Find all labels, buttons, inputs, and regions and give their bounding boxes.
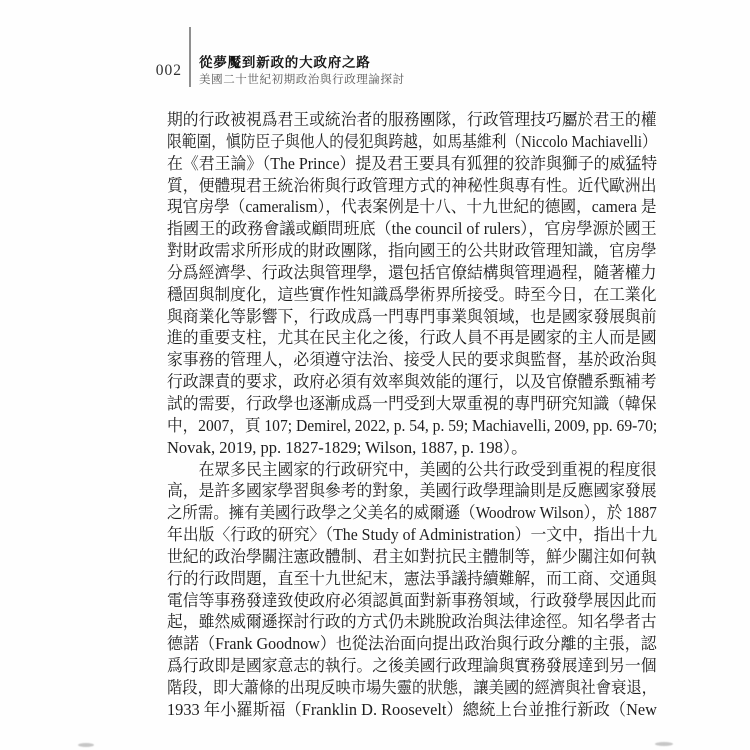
text-line: 階段，即大蕭條的出現反映市場失靈的狀態，讓美國的經濟與社會衰退， <box>167 677 657 699</box>
text-line-content: 階段，即大蕭條的出現反映市場失靈的狀態，讓美國的經濟與社會衰退， <box>167 677 657 699</box>
text-line-content: 中，2007，頁 107; Demirel, 2022, p. 54, p. 5… <box>167 415 657 437</box>
text-line-content: 家事務的管理人，必須遵守法治、接受人民的要求與監督，基於政治與 <box>167 349 657 371</box>
text-line: 分爲經濟學、行政法與管理學，還包括官僚結構與管理過程，隨著權力 <box>167 262 657 284</box>
text-line: 進的重要支柱，尤其在民主化之後，行政人員不再是國家的主人而是國 <box>167 327 657 349</box>
text-line-content: 限範圍，愼防臣子與他人的侵犯與跨越，如馬基維利（Niccolo Machiave… <box>167 131 657 153</box>
text-line: 指國王的政務會議或顧問班底（the council of rulers），官房學… <box>167 218 657 240</box>
text-line: 穩固與制度化，這些實作性知識爲學術界所接受。時至今日，在工業化 <box>167 284 657 306</box>
text-line: 電信等事務發達致使政府必須認眞面對新事務領域，行政發學展因此而 <box>167 590 657 612</box>
text-line-content: 在《君王論》（The Prince）提及君王要具有狐狸的狡詐與獅子的威猛特 <box>167 153 657 175</box>
text-line-content: 電信等事務發達致使政府必須認眞面對新事務領域，行政發學展因此而 <box>167 590 657 612</box>
text-line-content: 現官房學（cameralism），代表案例是十八、十九世紀的德國，camera … <box>167 196 657 218</box>
text-line-content: 1933 年小羅斯福（Franklin D. Roosevelt）總統上台並推行… <box>167 699 657 721</box>
text-line: 德諾（Frank Goodnow）也從法治面向提出政治與行政分離的主張，認 <box>167 633 657 655</box>
text-line: 之所需。擁有美國行政學之父美名的威爾遜（Woodrow Wilson），於 18… <box>167 502 657 524</box>
page-number: 002 <box>138 62 182 80</box>
text-line-content: 德諾（Frank Goodnow）也從法治面向提出政治與行政分離的主張，認 <box>167 633 657 655</box>
text-line-content: 質，便體現君王統治術與行政管理方式的神秘性與專有性。近代歐洲出 <box>167 175 657 197</box>
book-page: 002 從夢魘到新政的大政府之路 美國二十世紀初期政治與行政理論探討 期的行政被… <box>0 0 750 750</box>
text-line-content: 行政課責的要求，政府必須有效率與效能的運行，以及官僚體系甄補考 <box>167 371 657 393</box>
text-line-content: 行的行政問題，直至十九世紀末，憲法爭議持續難解，而工商、交通與 <box>167 568 657 590</box>
text-line-content: 進的重要支柱，尤其在民主化之後，行政人員不再是國家的主人而是國 <box>167 327 657 349</box>
text-line: 行政課責的要求，政府必須有效率與效能的運行，以及官僚體系甄補考 <box>167 371 657 393</box>
text-line: 對財政需求所形成的財政團隊，指向國王的公共財政管理知識，官房學 <box>167 240 657 262</box>
text-line-content: 起，雖然威爾遜探討行政的方式仍未跳脫政治與法律途徑。知名學者古 <box>167 611 657 633</box>
text-line: 家事務的管理人，必須遵守法治、接受人民的要求與監督，基於政治與 <box>167 349 657 371</box>
text-line-content: 穩固與制度化，這些實作性知識爲學術界所接受。時至今日，在工業化 <box>167 284 657 306</box>
text-line-content: 世紀的政治學關注憲政體制、君主如對抗民主體制等，鮮少關注如何執 <box>167 546 657 568</box>
text-line: 1933 年小羅斯福（Franklin D. Roosevelt）總統上台並推行… <box>167 699 657 721</box>
text-line: 期的行政被視爲君王或統治者的服務團隊，行政管理技巧屬於君王的權 <box>167 109 657 131</box>
text-line-content: 在眾多民主國家的行政研究中，美國的公共行政受到重視的程度很 <box>167 459 657 481</box>
text-line: 世紀的政治學關注憲政體制、君主如對抗民主體制等，鮮少關注如何執 <box>167 546 657 568</box>
text-line-content: 分爲經濟學、行政法與管理學，還包括官僚結構與管理過程，隨著權力 <box>167 262 657 284</box>
running-head: 從夢魘到新政的大政府之路 美國二十世紀初期政治與行政理論探討 <box>199 55 405 87</box>
text-line-content: 年出版〈行政的研究〉（The Study of Administration）一… <box>167 524 657 546</box>
text-line: 爲行政即是國家意志的執行。之後美國行政理論與實務發展達到另一個 <box>167 655 657 677</box>
body-text: 期的行政被視爲君王或統治者的服務團隊，行政管理技巧屬於君王的權限範圍，愼防臣子與… <box>167 109 657 721</box>
header-divider <box>189 27 191 87</box>
scan-artifact-left <box>78 743 94 747</box>
text-line: 在《君王論》（The Prince）提及君王要具有狐狸的狡詐與獅子的威猛特 <box>167 153 657 175</box>
text-line-content: 之所需。擁有美國行政學之父美名的威爾遜（Woodrow Wilson），於 18… <box>167 502 657 524</box>
text-line: 現官房學（cameralism），代表案例是十八、十九世紀的德國，camera … <box>167 196 657 218</box>
text-line-content: 期的行政被視爲君王或統治者的服務團隊，行政管理技巧屬於君王的權 <box>167 109 657 131</box>
text-line: Novak, 2019, pp. 1827-1829; Wilson, 1887… <box>167 437 657 459</box>
text-line: 年出版〈行政的研究〉（The Study of Administration）一… <box>167 524 657 546</box>
text-line-content: 對財政需求所形成的財政團隊，指向國王的公共財政管理知識，官房學 <box>167 240 657 262</box>
text-line: 質，便體現君王統治術與行政管理方式的神秘性與專有性。近代歐洲出 <box>167 175 657 197</box>
text-line: 限範圍，愼防臣子與他人的侵犯與跨越，如馬基維利（Niccolo Machiave… <box>167 131 657 153</box>
text-line-content: 高，是許多國家學習與參考的對象，美國行政學理論則是反應國家發展 <box>167 480 657 502</box>
text-line-content: 指國王的政務會議或顧問班底（the council of rulers），官房學… <box>167 218 657 240</box>
text-line-content: 爲行政即是國家意志的執行。之後美國行政理論與實務發展達到另一個 <box>167 655 657 677</box>
text-line: 行的行政問題，直至十九世紀末，憲法爭議持續難解，而工商、交通與 <box>167 568 657 590</box>
scan-artifact-right <box>655 742 673 746</box>
text-line: 在眾多民主國家的行政研究中，美國的公共行政受到重視的程度很 <box>167 459 657 481</box>
text-line-content: 與商業化等影響下，行政成爲一門專門事業與領域，也是國家發展與前 <box>167 306 657 328</box>
text-line: 試的需要，行政學也逐漸成爲一門受到大眾重視的專門研究知識（韓保 <box>167 393 657 415</box>
running-head-subtitle: 美國二十世紀初期政治與行政理論探討 <box>199 74 405 87</box>
text-line: 與商業化等影響下，行政成爲一門專門事業與領域，也是國家發展與前 <box>167 306 657 328</box>
text-line: 起，雖然威爾遜探討行政的方式仍未跳脫政治與法律途徑。知名學者古 <box>167 611 657 633</box>
text-line: 中，2007，頁 107; Demirel, 2022, p. 54, p. 5… <box>167 415 657 437</box>
text-line-content: Novak, 2019, pp. 1827-1829; Wilson, 1887… <box>167 437 528 459</box>
text-line-content: 試的需要，行政學也逐漸成爲一門受到大眾重視的專門研究知識（韓保 <box>167 393 657 415</box>
running-head-title: 從夢魘到新政的大政府之路 <box>199 55 405 71</box>
text-line: 高，是許多國家學習與參考的對象，美國行政學理論則是反應國家發展 <box>167 480 657 502</box>
